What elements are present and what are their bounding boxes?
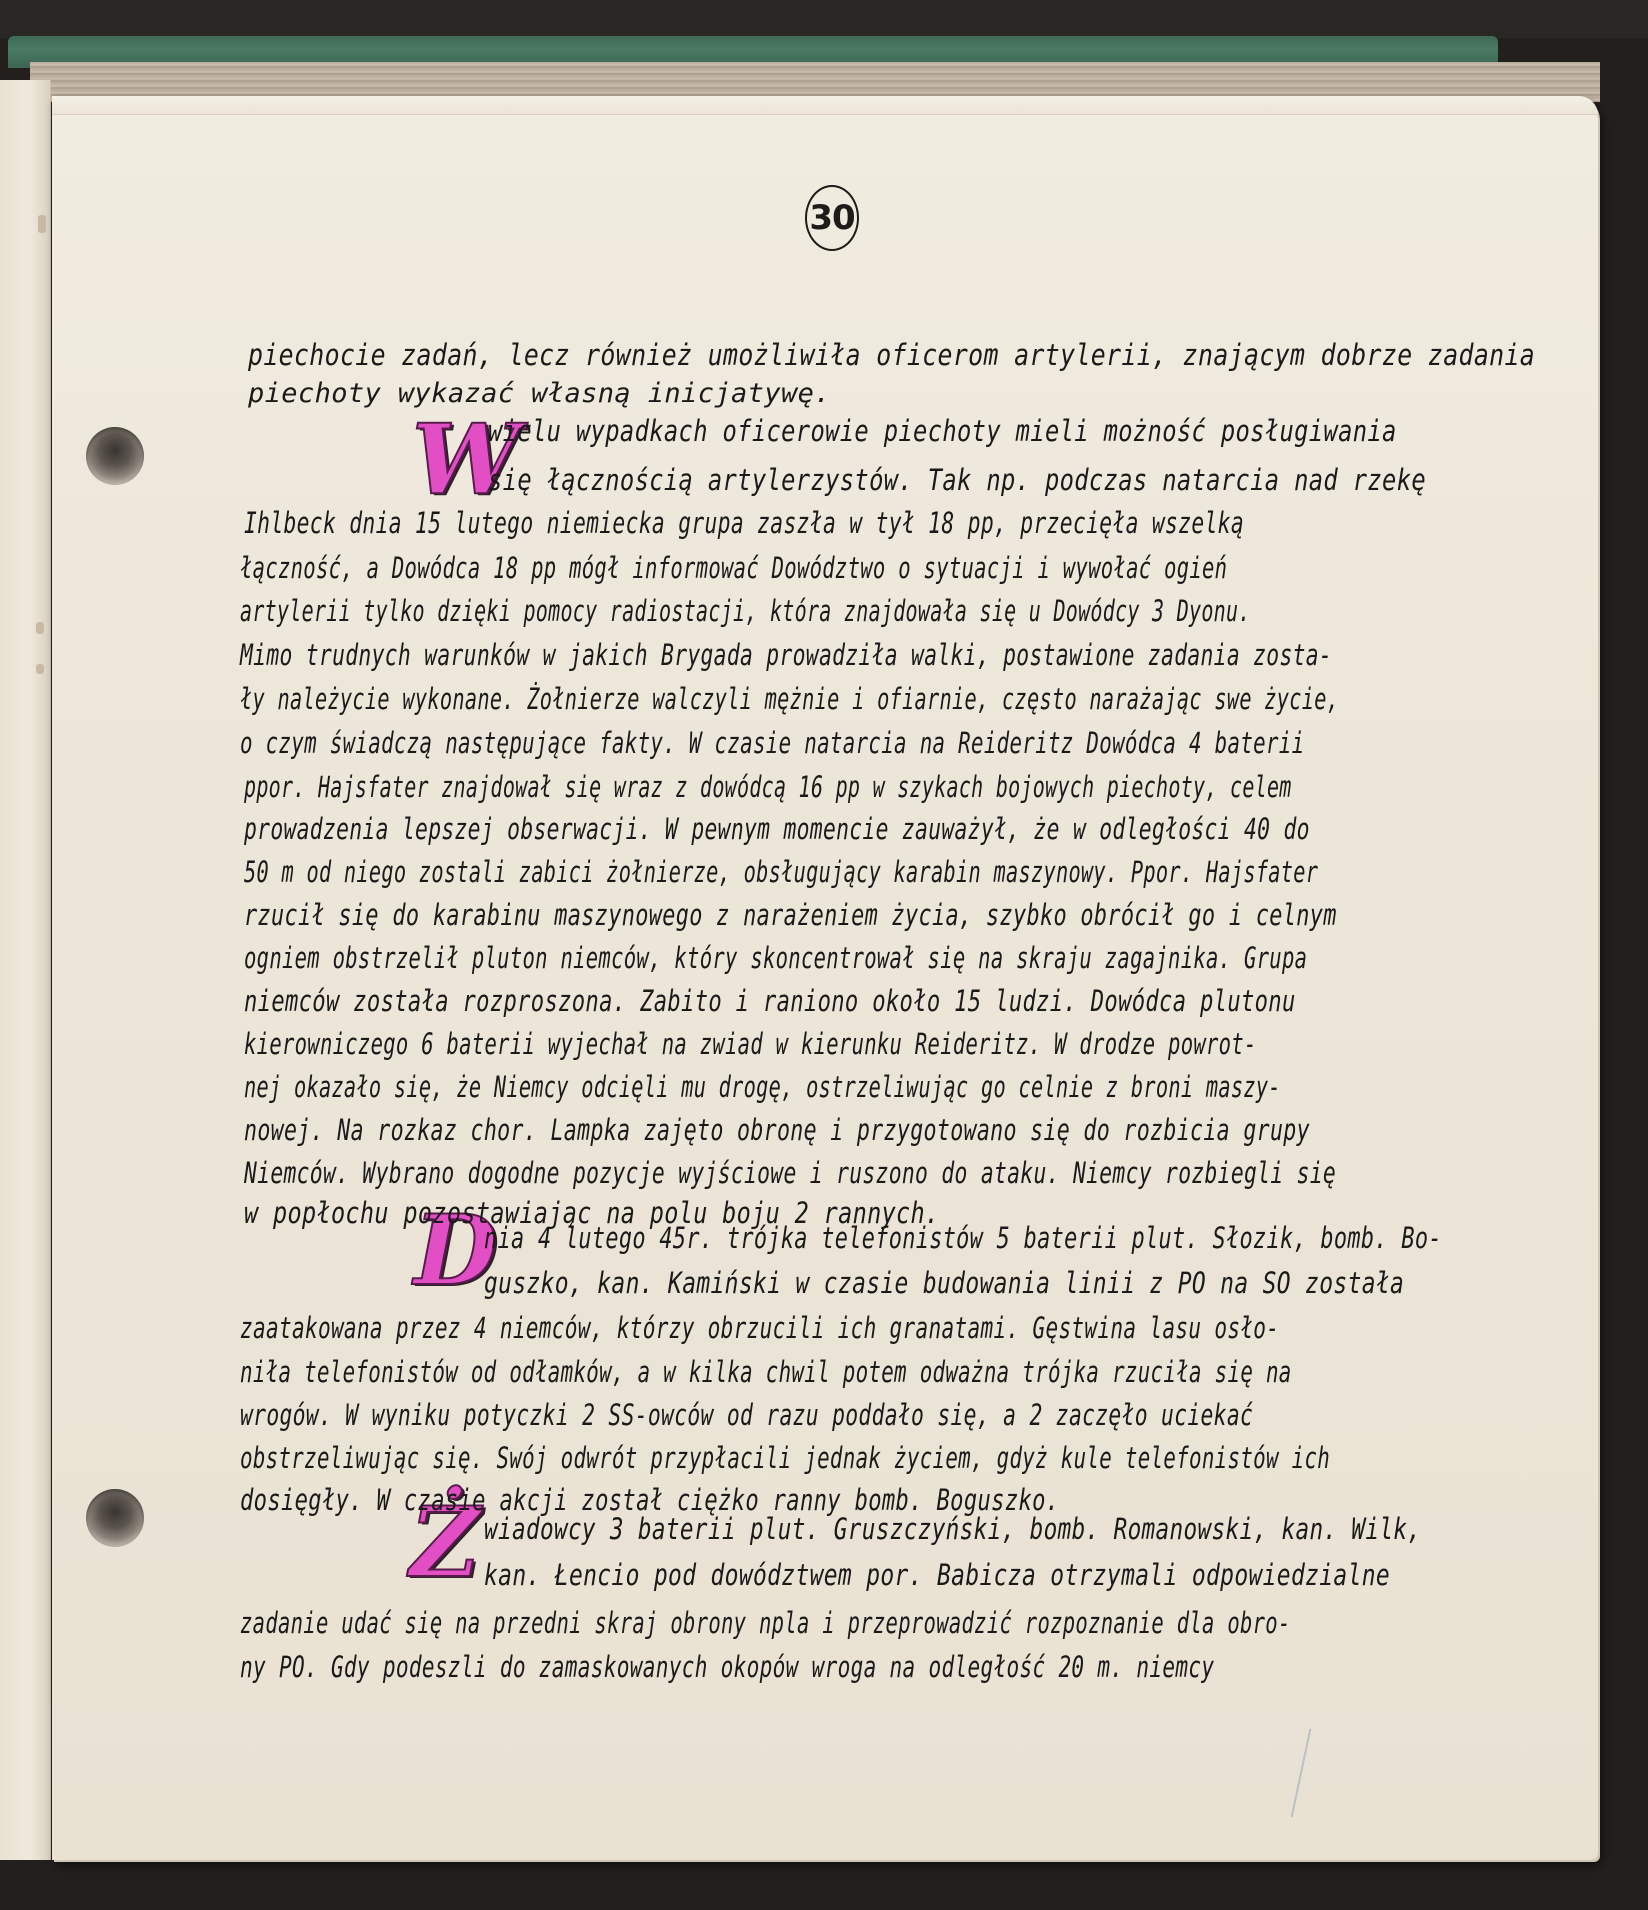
text-line: artylerii tylko dzięki pomocy radiostacj…: [240, 594, 1251, 628]
text-line: niła telefonistów od odłamków, a w kilka…: [240, 1355, 1292, 1389]
text-line: ogniem obstrzelił pluton niemców, który …: [244, 941, 1307, 975]
binding-scuff: [36, 622, 44, 634]
text-line: o czym świadczą następujące fakty. W cza…: [240, 726, 1304, 760]
text-line: Mimo trudnych warunków w jakich Brygada …: [240, 638, 1332, 672]
text-line: guszko, kan. Kamiński w czasie budowania…: [484, 1266, 1404, 1300]
text-line: piechocie zadań, lecz również umożliwiła…: [248, 338, 1535, 372]
text-line: zadanie udać się na przedni skraj obrony…: [240, 1606, 1291, 1640]
text-line: nia 4 lutego 45r. trójka telefonistów 5 …: [484, 1221, 1442, 1255]
page-number-circle: 30: [805, 185, 859, 251]
text-line: ły należycie wykonane. Żołnierze walczyl…: [240, 682, 1339, 716]
page-number-text: 30: [809, 198, 854, 238]
binding-edge: [0, 80, 51, 1860]
binding-scuff: [38, 215, 46, 233]
text-line: Niemców. Wybrano dogodne pozycje wyjścio…: [244, 1156, 1336, 1190]
binder-punch-hole-top: [86, 427, 144, 485]
text-line: piechoty wykazać własną inicjatywę.: [248, 378, 831, 409]
text-line: rzucił się do karabinu maszynowego z nar…: [244, 898, 1337, 932]
text-line: wiadowcy 3 baterii plut. Gruszczyński, b…: [484, 1512, 1421, 1546]
text-line: prowadzenia lepszej obserwacji. W pewnym…: [244, 812, 1310, 846]
text-line: kierowniczego 6 baterii wyjechał na zwia…: [244, 1027, 1257, 1061]
text-line: wrogów. W wyniku potyczki 2 SS-owców od …: [240, 1398, 1253, 1432]
text-line: się łącznością artylerzystów. Tak np. po…: [488, 463, 1426, 497]
text-line: obstrzeliwując się. Swój odwrót przypłac…: [240, 1441, 1330, 1475]
text-line: ppor. Hajsfater znajdował się wraz z dow…: [244, 770, 1292, 804]
page-top-fold: [52, 96, 1598, 115]
text-line: zaatakowana przez 4 niemców, którzy obrz…: [240, 1311, 1279, 1345]
binder-punch-hole-bottom: [86, 1489, 144, 1547]
text-line: nej okazało się, że Niemcy odcięli mu dr…: [244, 1070, 1281, 1104]
scanner-background-top: [0, 0, 1648, 38]
text-line: niemców została rozproszona. Zabito i ra…: [244, 984, 1296, 1018]
text-line: łączność, a Dowódca 18 pp mógł informowa…: [240, 551, 1227, 585]
text-line: Ihlbeck dnia 15 lutego niemiecka grupa z…: [244, 506, 1244, 540]
binding-scuff: [36, 664, 44, 674]
text-line: kan. Łencio pod dowództwem por. Babicza …: [484, 1558, 1390, 1592]
text-line: 50 m od niego zostali zabici żołnierze, …: [244, 855, 1318, 889]
text-line: ny PO. Gdy podeszli do zamaskowanych oko…: [240, 1650, 1214, 1684]
text-line: wielu wypadkach oficerowie piechoty miel…: [488, 414, 1397, 448]
text-line: nowej. Na rozkaz chor. Lampka zajęto obr…: [244, 1113, 1310, 1147]
